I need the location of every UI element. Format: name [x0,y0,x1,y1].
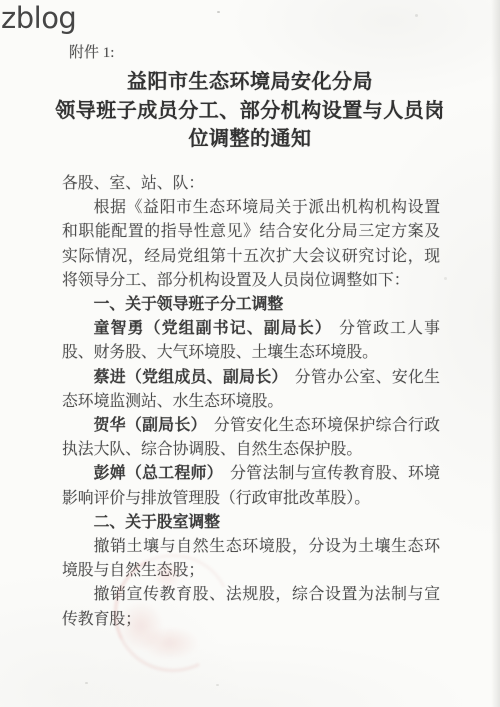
intro-paragraph: 根据《益阳市生态环境局关于派出机构机构设置和职能配置的指导性意见》结合安化分局三… [62,196,440,293]
title-line-2: 领导班子成员分工、部分机构设置与人员岗 [28,97,472,126]
leader-assignment-item: 蔡进（党组成员、副局长）分管办公室、安化生态环境监测站、水生态环境股。 [62,366,440,414]
leader-name-title: 贺华（副局长） [94,417,207,434]
scan-noise-speck [444,277,447,280]
scanned-document-page: zblog 附件 1: 益阳市生态环境局安化分局 领导班子成员分工、部分机构设置… [0,0,500,707]
scan-noise-speck [85,682,88,684]
site-logo: zblog [1,1,76,36]
document-title: 益阳市生态环境局安化分局 领导班子成员分工、部分机构设置与人员岗 位调整的通知 [28,68,472,154]
red-seal-smudge [152,560,182,590]
salutation: 各股、室、站、队： [62,172,440,196]
scan-noise-speck [216,684,219,686]
leader-assignment-item: 彭婵（总工程师）分管法制与宣传教育股、环境影响评价与排放管理股（行政审批改革股）… [62,462,440,510]
scan-noise-speck [415,14,418,17]
title-line-1: 益阳市生态环境局安化分局 [28,68,472,97]
scan-noise-speck [217,11,220,13]
document-body: 各股、室、站、队： 根据《益阳市生态环境局关于派出机构机构设置和职能配置的指导性… [62,172,440,632]
red-seal-smudge [140,626,200,660]
adjustment-paragraph: 撤销土壤与自然生态环境股，分设为土壤生态环境股与自然生态股； [62,535,440,583]
title-line-3: 位调整的通知 [28,125,472,154]
leader-assignment-item: 贺华（副局长）分管安化生态环境保护综合行政执法大队、综合协调股、自然生态保护股。 [62,414,440,462]
leader-name-title: 蔡进（党组成员、副局长） [94,369,288,386]
leader-name-title: 彭婵（总工程师） [94,465,223,482]
leader-name-title: 童智勇（党组副书记、副局长） [94,320,332,337]
leader-assignment-item: 童智勇（党组副书记、副局长）分管政工人事股、财务股、大气环境股、土壤生态环境股。 [62,317,440,365]
section-1-heading: 一、关于领导班子分工调整 [62,293,440,317]
section-2-heading: 二、关于股室调整 [62,511,440,535]
attachment-label: 附件 1: [69,41,114,62]
